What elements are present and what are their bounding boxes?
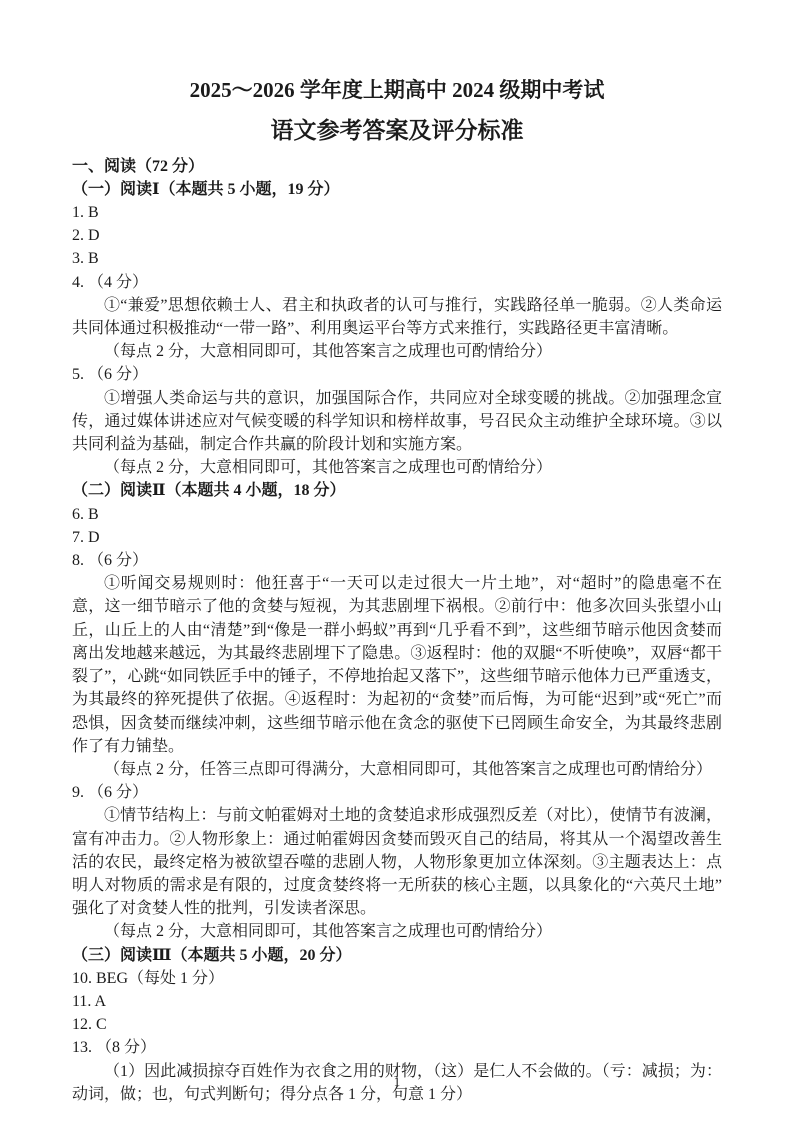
subsection-heading-reading-3: （三）阅读Ⅲ（本题共 5 小题，20 分） — [72, 944, 722, 967]
answer-q13-score: 13. （8 分） — [72, 1036, 722, 1059]
exam-title: 2025～2026 学年度上期高中 2024 级期中考试 — [72, 78, 722, 103]
answer-q9-grading-note: （每点 2 分，大意相同即可，其他答案言之成理也可酌情给分） — [72, 920, 722, 943]
answer-q9-score: 9. （6 分） — [72, 781, 722, 804]
answer-q5-grading-note: （每点 2 分，大意相同即可，其他答案言之成理也可酌情给分） — [72, 456, 722, 479]
answer-q1: 1. B — [72, 201, 722, 224]
answer-q9-text: ①情节结构上：与前文帕霍姆对土地的贪婪追求形成强烈反差（对比），使情节有波澜，富… — [72, 804, 722, 920]
answer-q8-score: 8. （6 分） — [72, 549, 722, 572]
answer-q10: 10. BEG（每处 1 分） — [72, 967, 722, 990]
answer-q6: 6. B — [72, 503, 722, 526]
page-number: 1 — [0, 1074, 794, 1090]
document-page: 2025～2026 学年度上期高中 2024 级期中考试 语文参考答案及评分标准… — [0, 0, 794, 1123]
answer-q4-text: ①“兼爱”思想依赖士人、君主和执政者的认可与推行，实践路径单一脆弱。②人类命运共… — [72, 294, 722, 340]
answer-q4-grading-note: （每点 2 分，大意相同即可，其他答案言之成理也可酌情给分） — [72, 340, 722, 363]
answer-q8-text: ①听闻交易规则时：他狂喜于“一天可以走过很大一片土地”，对“超时”的隐患毫不在意… — [72, 572, 722, 758]
answer-key-title: 语文参考答案及评分标准 — [72, 118, 722, 144]
answer-q12: 12. C — [72, 1013, 722, 1036]
subsection-heading-reading-1: （一）阅读Ⅰ（本题共 5 小题，19 分） — [72, 178, 722, 201]
answer-q3: 3. B — [72, 247, 722, 270]
section-heading-reading: 一、阅读（72 分） — [72, 155, 722, 178]
document-body: 2025～2026 学年度上期高中 2024 级期中考试 语文参考答案及评分标准… — [0, 0, 794, 1106]
answer-q7: 7. D — [72, 526, 722, 549]
answer-q4-score: 4. （4 分） — [72, 271, 722, 294]
answer-q8-grading-note: （每点 2 分，任答三点即可得满分，大意相同即可，其他答案言之成理也可酌情给分） — [72, 758, 722, 781]
subsection-heading-reading-2: （二）阅读Ⅱ（本题共 4 小题，18 分） — [72, 479, 722, 502]
answer-q5-text: ①增强人类命运与共的意识，加强国际合作，共同应对全球变暖的挑战。②加强理念宣传，… — [72, 387, 722, 457]
answer-q5-score: 5. （6 分） — [72, 363, 722, 386]
answer-q11: 11. A — [72, 990, 722, 1013]
answer-q2: 2. D — [72, 224, 722, 247]
